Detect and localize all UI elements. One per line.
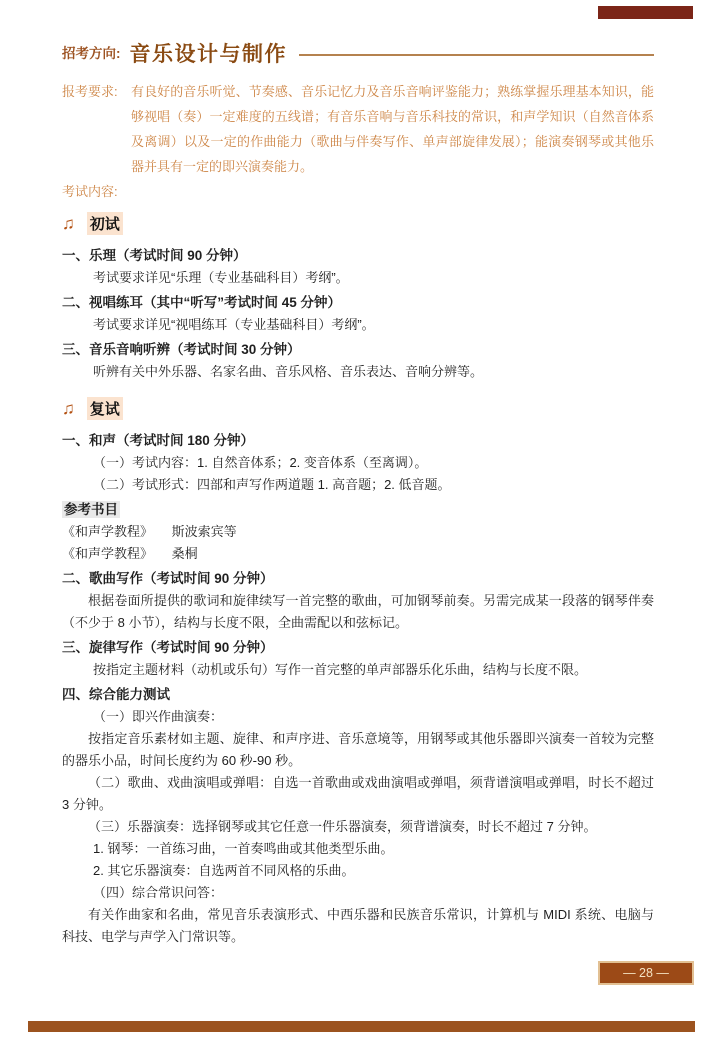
section-second-round: ♫ 复试 (62, 397, 654, 420)
reference-row: 《和声学教程》 斯波索宾等 (62, 521, 654, 543)
section-title-first-round: 初试 (87, 212, 123, 235)
exam-item-heading: 二、视唱练耳（其中“听写”考试时间 45 分钟） (62, 292, 654, 314)
exam-item-heading: 一、和声（考试时间 180 分钟） (62, 430, 654, 452)
exam-item-heading: 一、乐理（考试时间 90 分钟） (62, 245, 654, 267)
exam-item-body: 考试要求详见“视唱练耳（专业基础科目）考纲”。 (62, 314, 654, 336)
exam-item-heading: 四、综合能力测试 (62, 684, 654, 706)
page-content: 招考方向: 音乐设计与制作 报考要求: 有良好的音乐听觉、节奏感、音乐记忆力及音… (62, 42, 654, 948)
exam-subitem-body: （二）歌曲、戏曲演唱或弹唱：自选一首歌曲或戏曲演唱或弹唱，须背谱演唱或弹唱，时长… (62, 772, 654, 816)
exam-subitem-body: 2. 其它乐器演奏：自选两首不同风格的乐曲。 (62, 860, 654, 882)
section-title-second-round: 复试 (87, 397, 123, 420)
book-title: 《和声学教程》 (62, 521, 168, 543)
exam-item-heading: 二、歌曲写作（考试时间 90 分钟） (62, 568, 654, 590)
music-note-icon: ♫ (62, 400, 75, 417)
corner-mark (598, 6, 693, 19)
requirements-label: 报考要求: (62, 79, 131, 179)
book-author: 桑桐 (172, 546, 198, 561)
exam-item-heading: 三、音乐音响听辨（考试时间 30 分钟） (62, 339, 654, 361)
exam-subitem-body: 1. 钢琴：一首练习曲，一首奏鸣曲或其他类型乐曲。 (62, 838, 654, 860)
reference-books-title: 参考书目 (62, 499, 654, 521)
book-title: 《和声学教程》 (62, 543, 168, 565)
exam-item-body: 听辨有关中外乐器、名家名曲、音乐风格、音乐表达、音响分辨等。 (62, 361, 654, 383)
page-header: 招考方向: 音乐设计与制作 (62, 42, 654, 65)
exam-item-body: 按指定主题材料（动机或乐句）写作一首完整的单声部器乐化乐曲，结构与长度不限。 (62, 659, 654, 681)
exam-subitem-body: 有关作曲家和名曲，常见音乐表演形式、中西乐器和民族音乐常识，计算机与 MIDI … (62, 904, 654, 948)
footer-bar (28, 1021, 695, 1032)
music-note-icon: ♫ (62, 215, 75, 232)
exam-subitem-title: （一）即兴作曲演奏： (62, 706, 654, 728)
exam-item-body: （一）考试内容：1. 自然音体系；2. 变音体系（至离调）。 (62, 452, 654, 474)
page-title: 音乐设计与制作 (130, 44, 288, 65)
requirements-text: 有良好的音乐听觉、节奏感、音乐记忆力及音乐音响评鉴能力；熟练掌握乐理基本知识，能… (131, 79, 654, 179)
exam-item-body: 考试要求详见“乐理（专业基础科目）考纲”。 (62, 267, 654, 289)
direction-label: 招考方向: (62, 42, 121, 65)
exam-item-body: （二）考试形式：四部和声写作两道题 1. 高音题；2. 低音题。 (62, 474, 654, 496)
exam-subitem-body: 按指定音乐素材如主题、旋律、和声序进、音乐意境等，用钢琴或其他乐器即兴演奏一首较… (62, 728, 654, 772)
page-number: — 28 — (623, 966, 669, 980)
exam-subitem-body: （三）乐器演奏：选择钢琴或其它任意一件乐器演奏，须背谱演奏，时长不超过 7 分钟… (62, 816, 654, 838)
exam-item-body: 根据卷面所提供的歌词和旋律续写一首完整的歌曲，可加钢琴前奏。另需完成某一段落的钢… (62, 590, 654, 634)
page-number-box: — 28 — (598, 961, 694, 985)
requirements-block: 报考要求: 有良好的音乐听觉、节奏感、音乐记忆力及音乐音响评鉴能力；熟练掌握乐理… (62, 79, 654, 179)
section-first-round: ♫ 初试 (62, 212, 654, 235)
document-page: 招考方向: 音乐设计与制作 报考要求: 有良好的音乐听觉、节奏感、音乐记忆力及音… (0, 0, 720, 1040)
exam-content-label: 考试内容: (62, 179, 654, 204)
header-rule (299, 54, 654, 56)
exam-subitem-title: （四）综合常识问答： (62, 882, 654, 904)
book-author: 斯波索宾等 (172, 524, 237, 539)
exam-item-heading: 三、旋律写作（考试时间 90 分钟） (62, 637, 654, 659)
reference-row: 《和声学教程》 桑桐 (62, 543, 654, 565)
